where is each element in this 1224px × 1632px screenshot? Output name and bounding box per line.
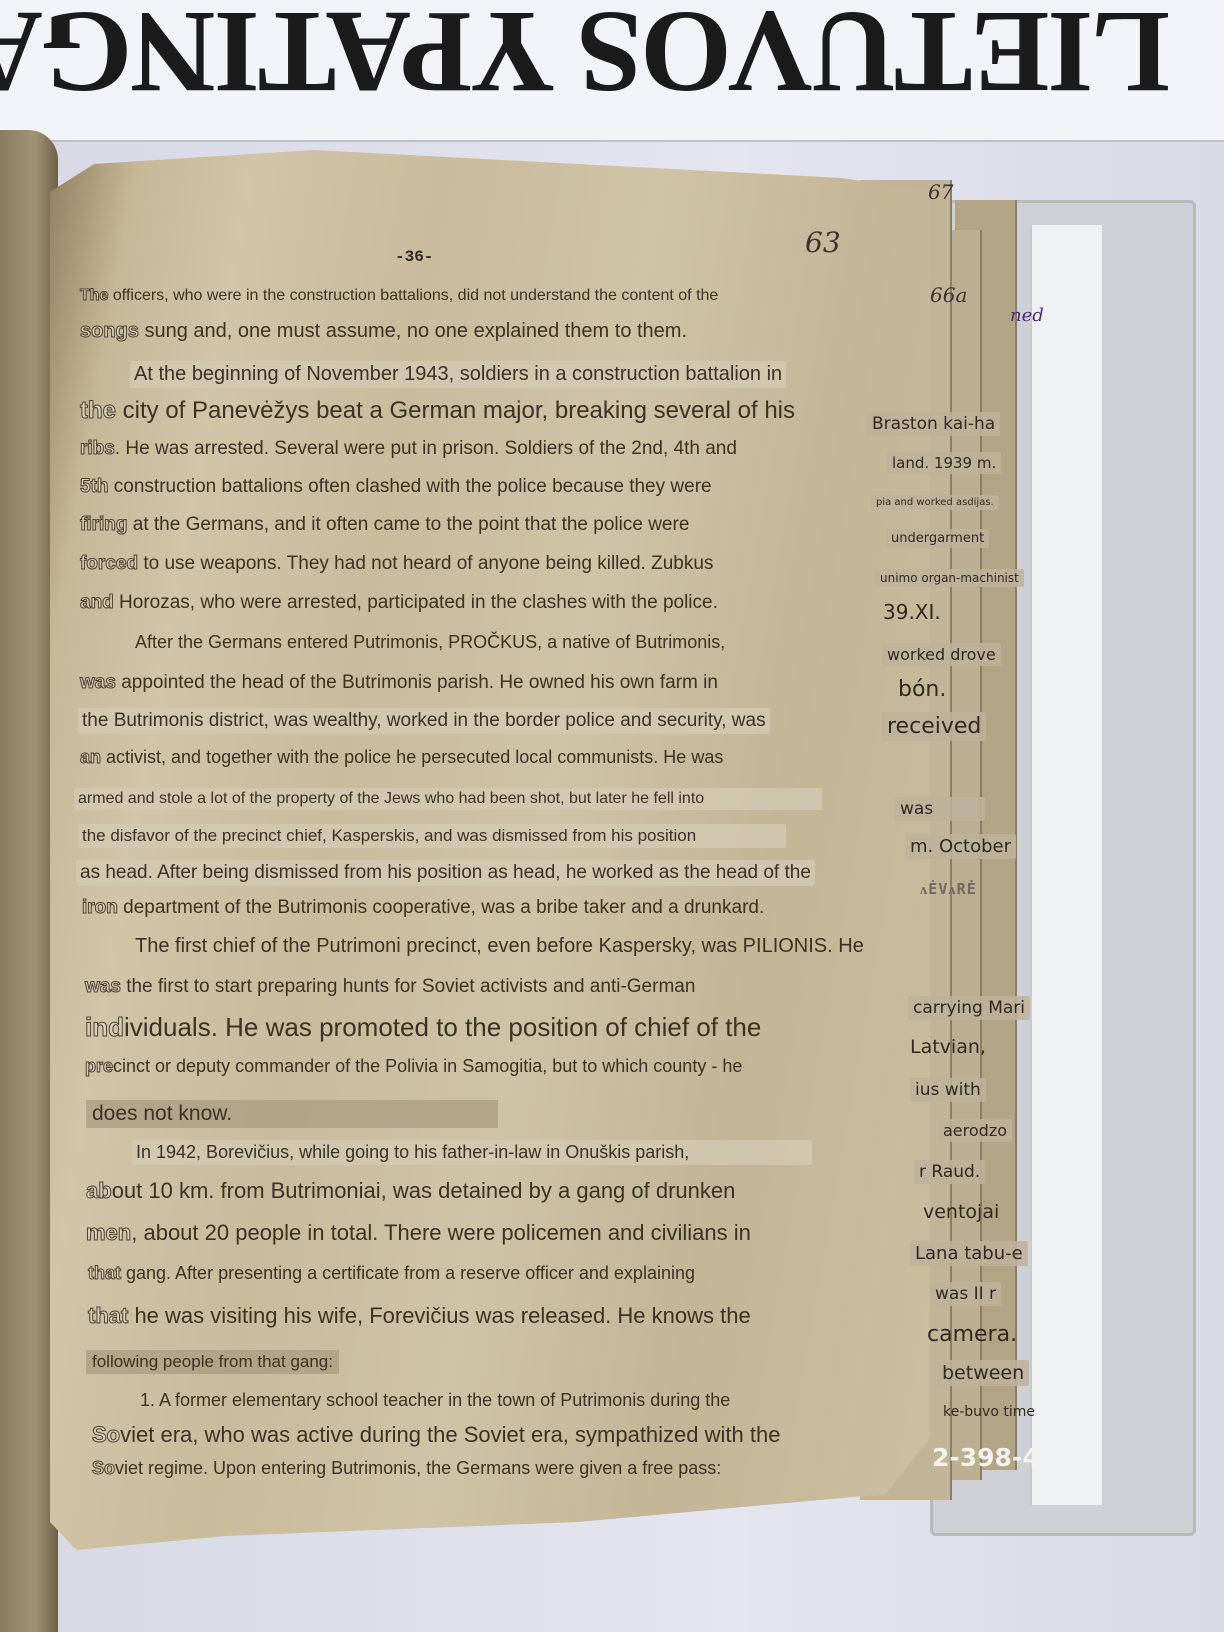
body-line: the disfavor of the precinct chief, Kasp…: [78, 824, 786, 848]
margin-fragment: Latvian,: [905, 1034, 991, 1060]
body-line: songs sung and, one must assume, no one …: [80, 320, 687, 343]
margin-fragment: Braston kai-ha: [867, 412, 1000, 436]
body-line: was the first to start preparing hunts f…: [85, 976, 695, 998]
body-line: firing at the Germans, and it often came…: [80, 514, 689, 536]
margin-fragment: 39.XI.: [878, 598, 946, 626]
body-line: following people from that gang:: [86, 1350, 339, 1374]
body-line: that gang. After presenting a certificat…: [88, 1263, 695, 1284]
margin-fragment: bón.: [893, 675, 951, 704]
body-line: that he was visiting his wife, Forevičiu…: [88, 1303, 751, 1329]
body-line: The first chief of the Putrimoni precinc…: [135, 935, 864, 958]
body-line: was appointed the head of the Butrimonis…: [80, 672, 718, 694]
body-line: Soviet regime. Upon entering Butrimonis,…: [92, 1458, 721, 1479]
body-line: the Butrimonis district, was wealthy, wo…: [78, 708, 770, 734]
document-page: [50, 150, 930, 1550]
margin-fragment: camera.: [922, 1320, 1022, 1349]
margin-fragment: ventojai: [918, 1199, 1004, 1225]
margin-fragment: land. 1939 m.: [887, 452, 1001, 474]
folio-number-main: 63: [805, 226, 841, 259]
margin-fragment: m. October: [905, 834, 1016, 859]
white-sheets: [1030, 225, 1102, 1505]
margin-fragment: received: [882, 712, 986, 741]
folio-number-behind: 66a: [930, 283, 967, 307]
body-line: does not know.: [86, 1100, 498, 1128]
margin-fragment: was II r: [930, 1282, 1001, 1306]
margin-fragment: between: [937, 1360, 1029, 1386]
margin-fragment: r Raud.: [914, 1160, 985, 1184]
margin-fragment: Lana tabu-e: [910, 1241, 1028, 1266]
body-line: forced to use weapons. They had not hear…: [80, 553, 713, 575]
body-line: iron department of the Butrimonis cooper…: [82, 897, 764, 919]
body-line: precinct or deputy commander of the Poli…: [85, 1056, 742, 1077]
margin-fragment: unimo organ-machinist: [875, 569, 1024, 587]
archive-banner: LIETUVOS YPATINGASIS ARCH: [0, 0, 1224, 142]
body-line: and Horozas, who were arrested, particip…: [80, 592, 718, 614]
body-line: ribs. He was arrested. Several were put …: [80, 438, 737, 460]
body-line: At the beginning of November 1943, soldi…: [130, 361, 786, 388]
archive-banner-text: LIETUVOS YPATINGASIS ARCH: [0, 0, 1170, 112]
body-line: men, about 20 people in total. There wer…: [86, 1220, 751, 1246]
body-line: individuals. He was promoted to the posi…: [85, 1012, 761, 1043]
margin-fragment: was: [895, 797, 985, 821]
body-line: 1. A former elementary school teacher in…: [140, 1390, 730, 1411]
ink-stamp: ᴧĖVᴧRĖ: [920, 880, 977, 899]
margin-ink-note: ned: [1010, 305, 1044, 326]
body-line: In 1942, Borevičius, while going to his …: [132, 1140, 812, 1165]
margin-fragment: undergarment: [886, 529, 989, 548]
body-line: After the Germans entered Putrimonis, PR…: [135, 632, 725, 653]
body-line: an activist, and together with the polic…: [80, 747, 723, 768]
book-cover-left: [0, 130, 58, 1632]
body-line: about 10 km. from Butrimoniai, was detai…: [86, 1178, 735, 1204]
body-line: 5th construction battalions often clashe…: [80, 476, 712, 498]
body-line: Soviet era, who was active during the So…: [92, 1422, 780, 1448]
folio-number-behind: 67: [928, 180, 953, 204]
margin-fragment: aerodzo: [938, 1119, 1012, 1142]
margin-fragment: pia and worked asdijas.: [871, 495, 999, 510]
body-line: as head. After being dismissed from his …: [76, 860, 815, 886]
body-line: the city of Panevėžys beat a German majo…: [80, 397, 795, 425]
margin-fragment: ke-buvo time: [938, 1402, 1040, 1422]
body-line: armed and stole a lot of the property of…: [74, 788, 822, 810]
margin-fragment: ius with: [910, 1078, 986, 1102]
page-number: -36-: [395, 248, 433, 266]
margin-fragment: worked drove: [882, 643, 1001, 666]
document-reference-number: 2-398-4: [927, 1441, 1045, 1474]
margin-fragment: carrying Mari: [908, 996, 1030, 1020]
body-line: The officers, who were in the constructi…: [80, 287, 718, 305]
